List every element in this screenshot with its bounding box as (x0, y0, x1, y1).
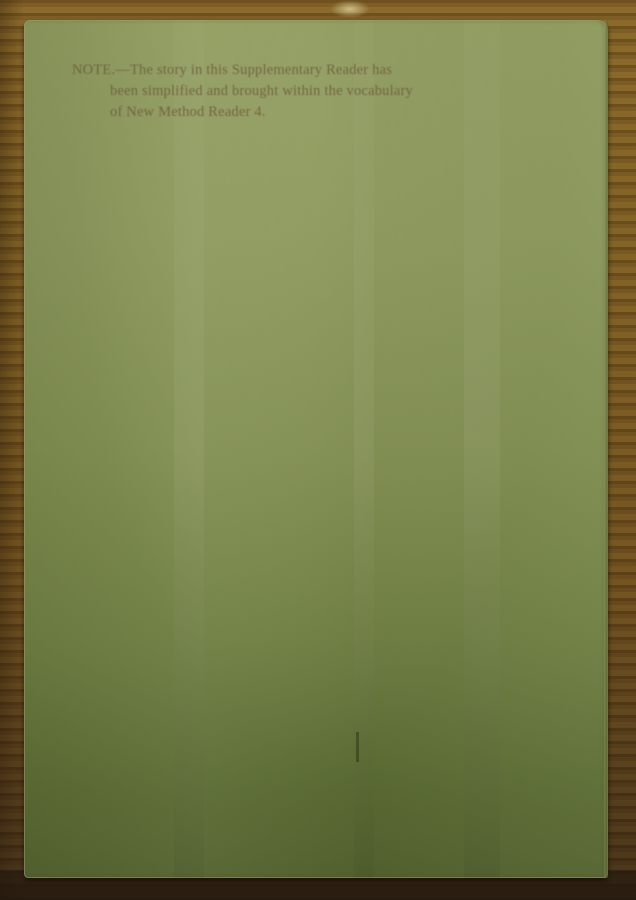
cover-edge (604, 20, 608, 878)
note-line-1: NOTE.—The story in this Supplementary Re… (72, 60, 572, 81)
printed-note: NOTE.—The story in this Supplementary Re… (72, 60, 572, 123)
note-line-3: of New Method Reader 4. (72, 102, 572, 123)
cover-wear-streak (174, 20, 204, 878)
wood-shadow-left (0, 0, 24, 900)
cover-scratch-mark (356, 732, 359, 762)
cover-wear-streak (464, 20, 500, 878)
book-back-cover: NOTE.—The story in this Supplementary Re… (24, 20, 608, 878)
note-line-2: been simplified and brought within the v… (72, 81, 572, 102)
light-glare (330, 0, 370, 18)
